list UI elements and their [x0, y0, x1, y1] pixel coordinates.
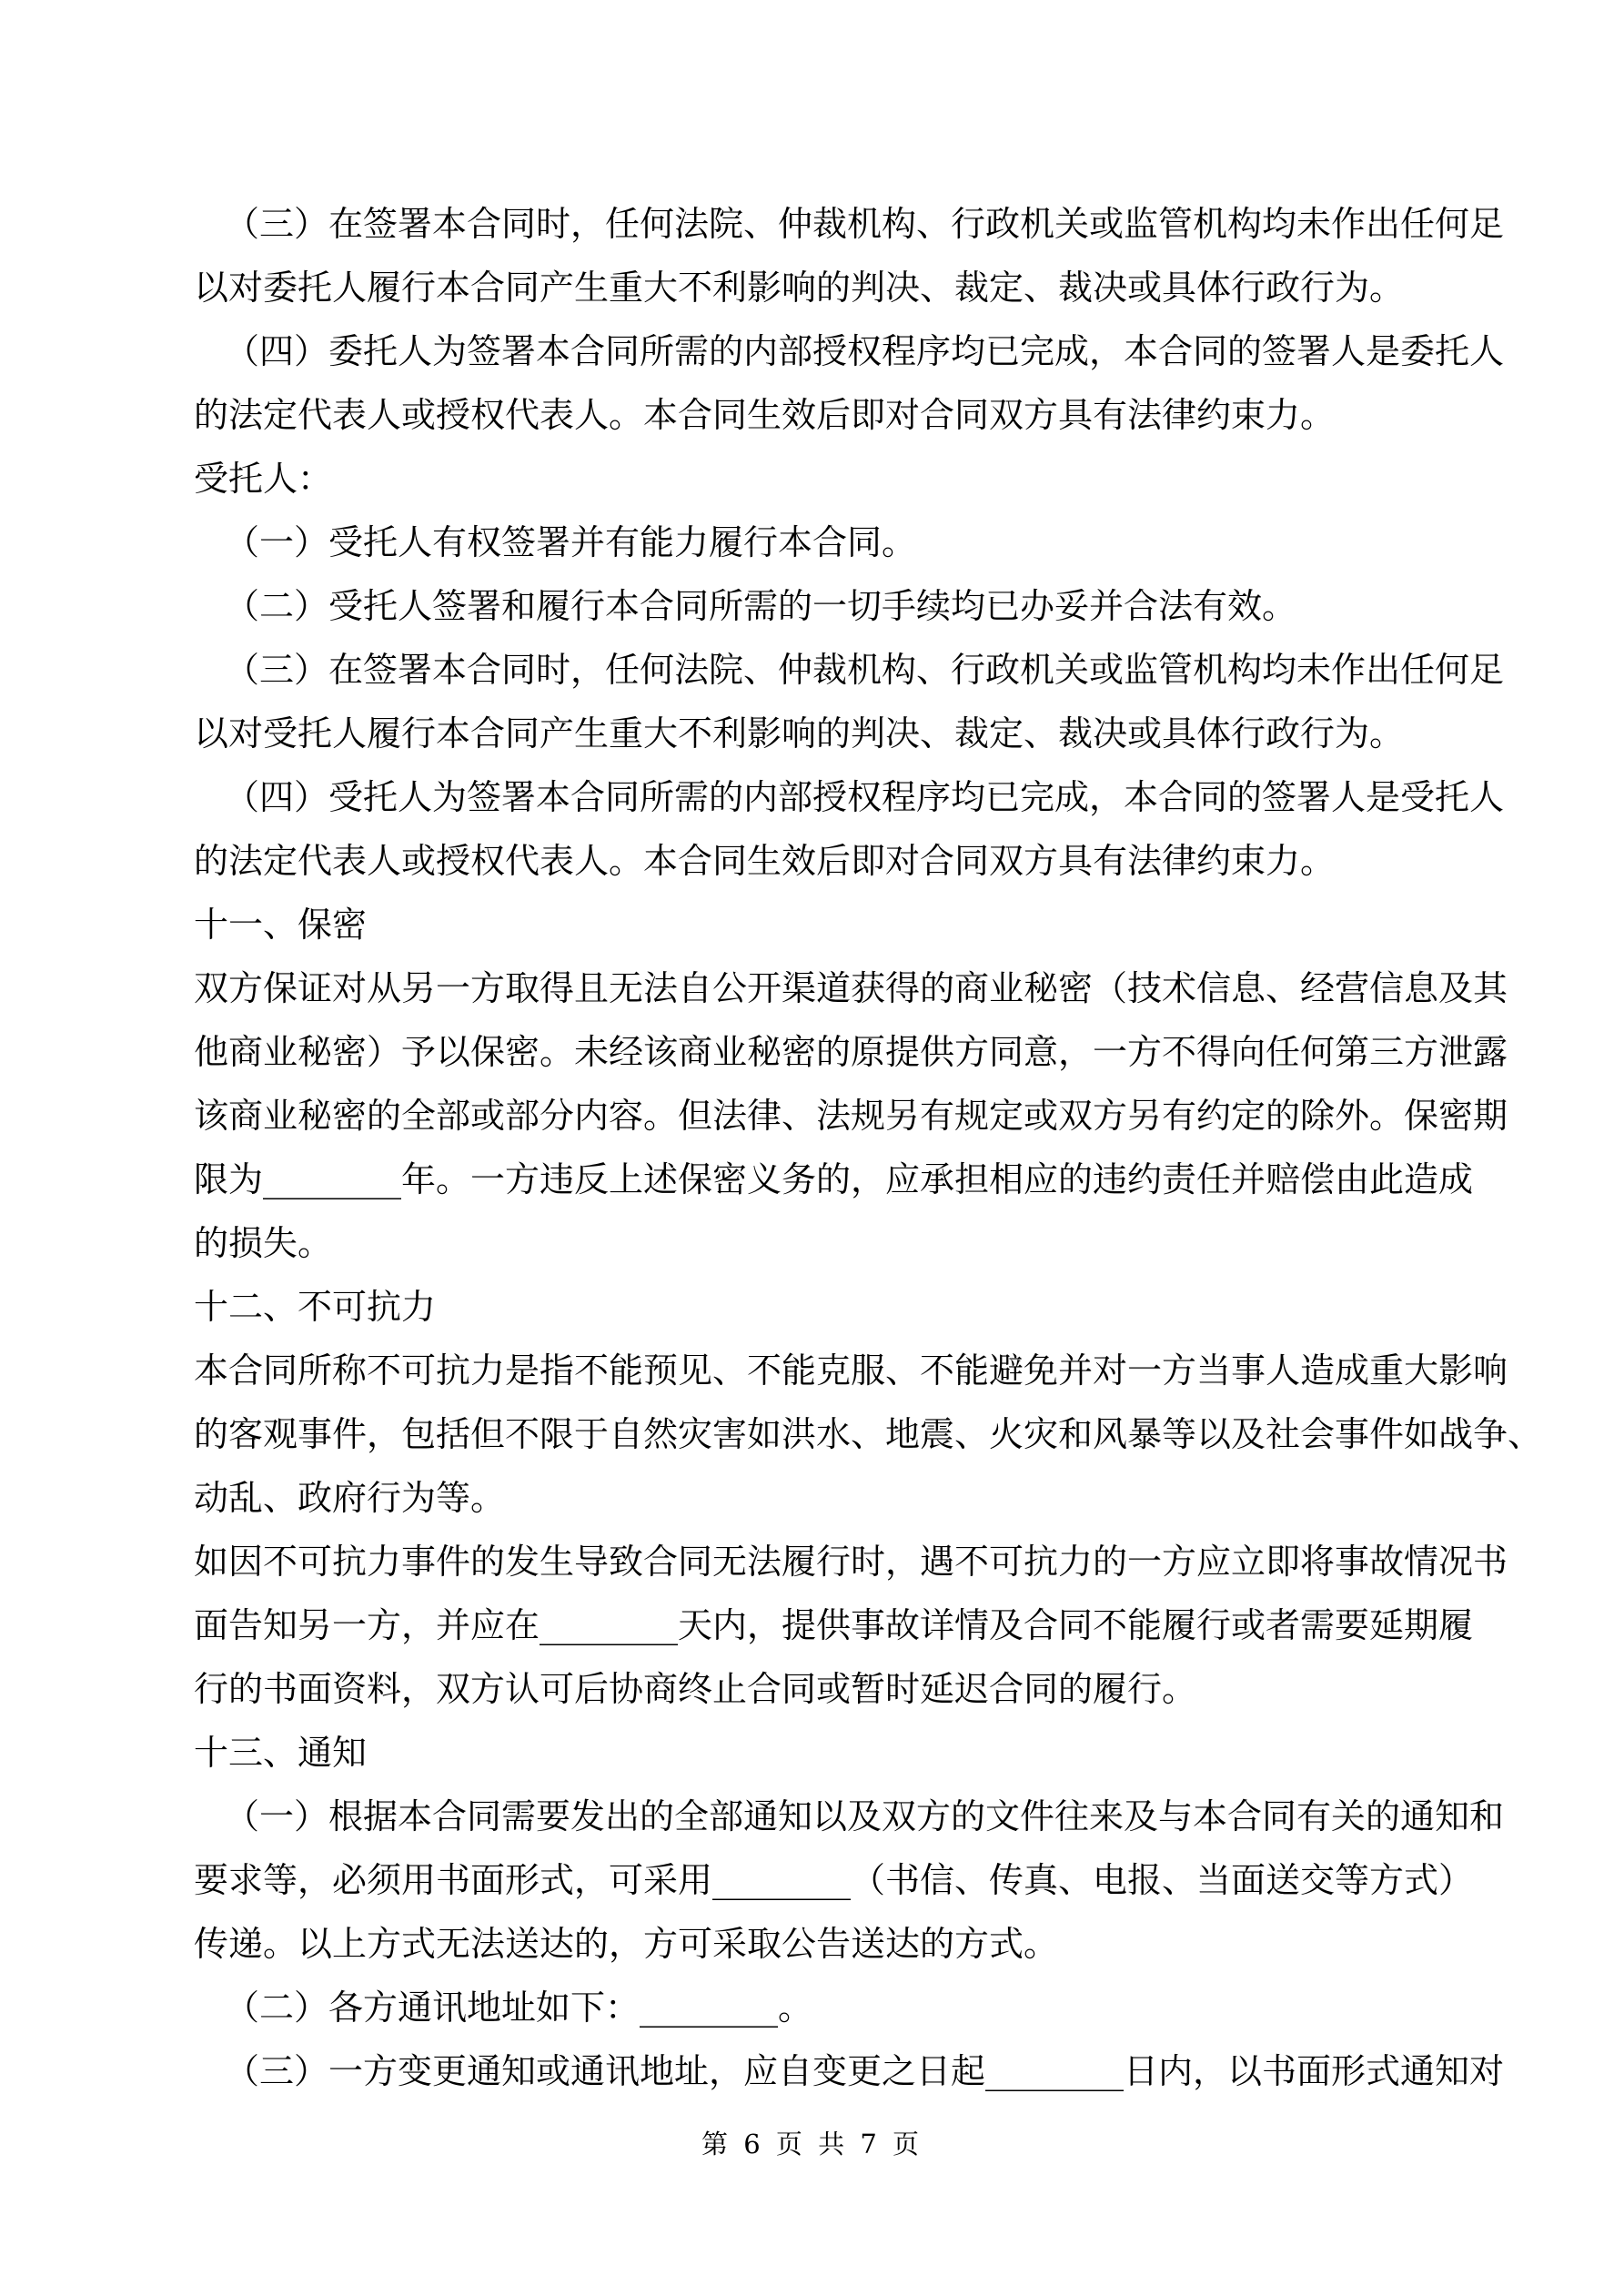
- text-line: 要求等，必须用书面形式，可采用________（书信、传真、电报、当面送交等方式…: [194, 1848, 1431, 1912]
- text-line: 本合同所称不可抗力是指不能预见、不能克服、不能避免并对一方当事人造成重大影响: [194, 1339, 1431, 1402]
- text-line: 的客观事件，包括但不限于自然灾害如洪水、地震、火灾和风暴等以及社会事件如战争、: [194, 1402, 1431, 1466]
- text-line: （三）一方变更通知或通讯地址，应自变更之日起________日内，以书面形式通知…: [194, 2039, 1431, 2103]
- text-line: （三）在签署本合同时，任何法院、仲裁机构、行政机关或监管机构均未作出任何足: [194, 192, 1431, 256]
- text-line: 行的书面资料，双方认可后协商终止合同或暂时延迟合同的履行。: [194, 1657, 1431, 1721]
- document-page: （三）在签署本合同时，任何法院、仲裁机构、行政机关或监管机构均未作出任何足以对委…: [0, 0, 1624, 2296]
- text-line: 传递。以上方式无法送达的，方可采取公告送达的方式。: [194, 1912, 1431, 1976]
- text-line: 双方保证对从另一方取得且无法自公开渠道获得的商业秘密（技术信息、经营信息及其: [194, 956, 1431, 1020]
- text-line: （四）受托人为签署本合同所需的内部授权程序均已完成，本合同的签署人是受托人: [194, 765, 1431, 829]
- text-line: 受托人：: [194, 447, 1431, 511]
- text-line: （一）受托人有权签署并有能力履行本合同。: [194, 511, 1431, 574]
- clause-heading: 十一、保密: [194, 893, 1431, 956]
- text-line: （一）根据本合同需要发出的全部通知以及双方的文件往来及与本合同有关的通知和: [194, 1785, 1431, 1848]
- text-line: （四）委托人为签署本合同所需的内部授权程序均已完成，本合同的签署人是委托人: [194, 319, 1431, 383]
- clause-heading: 十三、通知: [194, 1721, 1431, 1785]
- text-line: 限为________年。一方违反上述保密义务的，应承担相应的违约责任并赔偿由此造…: [194, 1148, 1431, 1211]
- text-line: 以对受托人履行本合同产生重大不利影响的判决、裁定、裁决或具体行政行为。: [194, 702, 1431, 765]
- text-line: 以对委托人履行本合同产生重大不利影响的判决、裁定、裁决或具体行政行为。: [194, 256, 1431, 319]
- page-footer: 第 6 页 共 7 页: [0, 2126, 1624, 2162]
- text-line: 的损失。: [194, 1211, 1431, 1275]
- text-line: （二）各方通讯地址如下：________。: [194, 1976, 1431, 2039]
- text-line: （二）受托人签署和履行本合同所需的一切手续均已办妥并合法有效。: [194, 574, 1431, 638]
- text-line: 他商业秘密）予以保密。未经该商业秘密的原提供方同意，一方不得向任何第三方泄露: [194, 1020, 1431, 1084]
- clause-heading: 十二、不可抗力: [194, 1275, 1431, 1339]
- text-line: 如因不可抗力事件的发生导致合同无法履行时，遇不可抗力的一方应立即将事故情况书: [194, 1530, 1431, 1593]
- contract-text-block: （三）在签署本合同时，任何法院、仲裁机构、行政机关或监管机构均未作出任何足以对委…: [194, 192, 1431, 2103]
- text-line: 动乱、政府行为等。: [194, 1466, 1431, 1530]
- text-line: 该商业秘密的全部或部分内容。但法律、法规另有规定或双方另有约定的除外。保密期: [194, 1084, 1431, 1148]
- text-line: 面告知另一方，并应在________天内，提供事故详情及合同不能履行或者需要延期…: [194, 1593, 1431, 1657]
- text-line: 的法定代表人或授权代表人。本合同生效后即对合同双方具有法律约束力。: [194, 829, 1431, 893]
- text-line: （三）在签署本合同时，任何法院、仲裁机构、行政机关或监管机构均未作出任何足: [194, 638, 1431, 702]
- text-line: 的法定代表人或授权代表人。本合同生效后即对合同双方具有法律约束力。: [194, 383, 1431, 447]
